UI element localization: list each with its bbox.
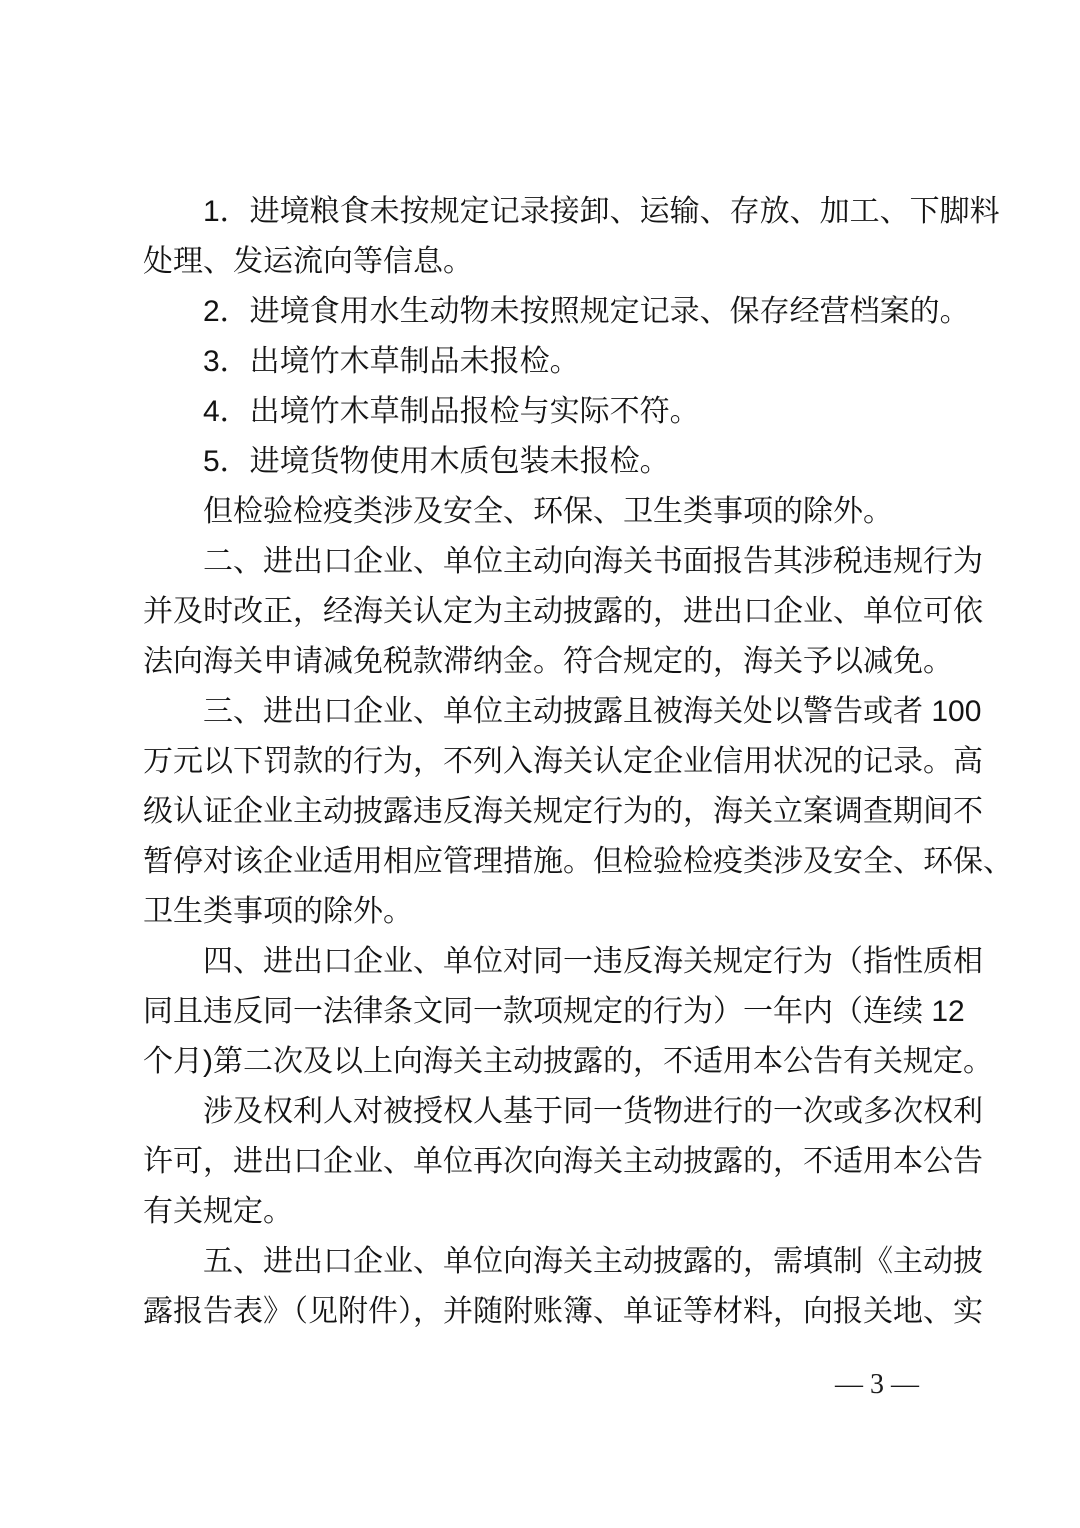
text-line: 1．进境粮食未按规定记录接卸、运输、存放、加工、下脚料 (143, 187, 958, 237)
text-line: 5．进境货物使用木质包装未报检。 (143, 437, 958, 487)
text-line: 处理、发运流向等信息。 (143, 237, 958, 287)
page-number: — 3 — (822, 1368, 932, 1402)
text-line: 2．进境食用水生动物未按照规定记录、保存经营档案的。 (143, 287, 958, 337)
text-line: 4．出境竹木草制品报检与实际不符。 (143, 387, 958, 437)
text-line: 万元以下罚款的行为，不列入海关认定企业信用状况的记录。高 (143, 737, 958, 787)
text-line: 五、进出口企业、单位向海关主动披露的，需填制《主动披 (143, 1237, 958, 1287)
text-line: 3．出境竹木草制品未报检。 (143, 337, 958, 387)
text-line: 暂停对该企业适用相应管理措施。但检验检疫类涉及安全、环保、 (143, 837, 958, 887)
text-line: 涉及权利人对被授权人基于同一货物进行的一次或多次权利 (143, 1087, 958, 1137)
text-line: 同且违反同一法律条文同一款项规定的行为）一年内（连续 12 (143, 987, 958, 1037)
text-line: 许可，进出口企业、单位再次向海关主动披露的，不适用本公告 (143, 1137, 958, 1187)
text-line: 卫生类事项的除外。 (143, 887, 958, 937)
text-line: 四、进出口企业、单位对同一违反海关规定行为（指性质相 (143, 937, 958, 987)
text-line: 但检验检疫类涉及安全、环保、卫生类事项的除外。 (143, 487, 958, 537)
text-line: 三、进出口企业、单位主动披露且被海关处以警告或者 100 (143, 687, 958, 737)
text-line: 级认证企业主动披露违反海关规定行为的，海关立案调查期间不 (143, 787, 958, 837)
text-line: 法向海关申请减免税款滞纳金。符合规定的，海关予以减免。 (143, 637, 958, 687)
text-line: 露报告表》（见附件），并随附账簿、单证等材料，向报关地、实 (143, 1287, 958, 1337)
document-body: 1．进境粮食未按规定记录接卸、运输、存放、加工、下脚料 处理、发运流向等信息。 … (143, 187, 958, 1337)
text-line: 有关规定。 (143, 1187, 958, 1237)
text-line: 个月)第二次及以上向海关主动披露的，不适用本公告有关规定。 (143, 1037, 958, 1087)
text-line: 二、进出口企业、单位主动向海关书面报告其涉税违规行为 (143, 537, 958, 587)
text-line: 并及时改正，经海关认定为主动披露的，进出口企业、单位可依 (143, 587, 958, 637)
document-page: 1．进境粮食未按规定记录接卸、运输、存放、加工、下脚料 处理、发运流向等信息。 … (0, 0, 1080, 1528)
